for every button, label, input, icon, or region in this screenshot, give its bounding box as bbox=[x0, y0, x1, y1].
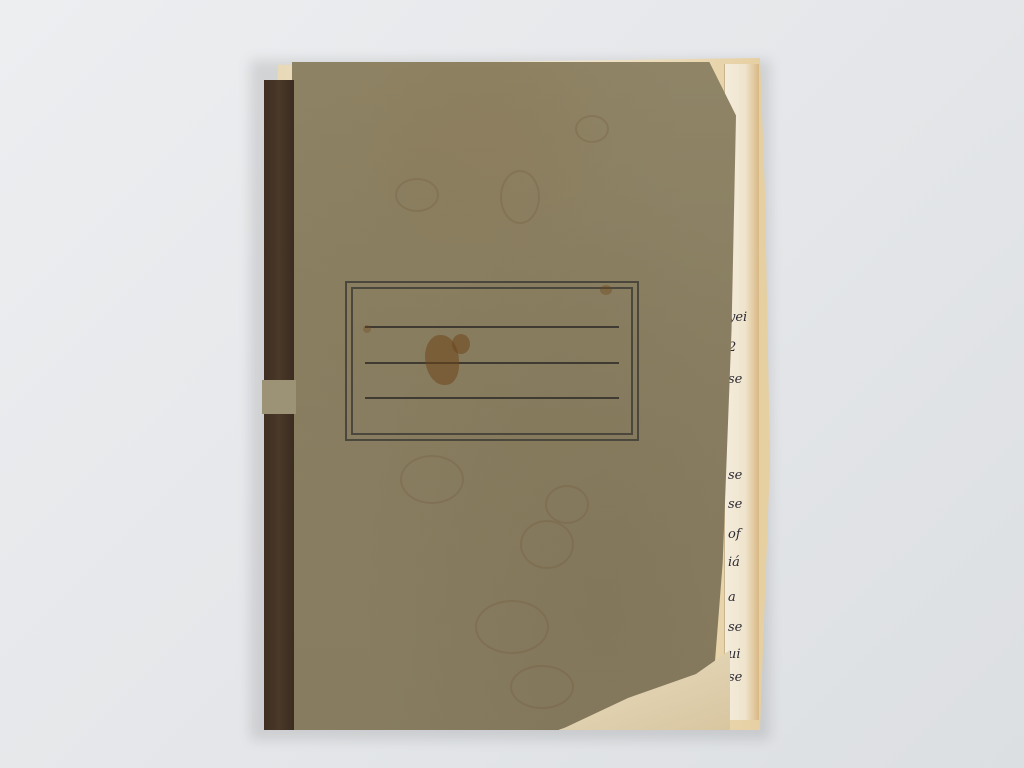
handwriting-fragment: yei bbox=[728, 310, 756, 325]
spine-tear bbox=[262, 380, 296, 414]
handwriting-fragment: of bbox=[728, 527, 756, 542]
handwriting-fragment: se bbox=[728, 620, 756, 635]
handwriting-fragment: ui bbox=[728, 647, 756, 662]
handwriting-fragment: a bbox=[728, 590, 756, 605]
handwriting-fragment: se bbox=[728, 468, 756, 483]
water-stain-ring bbox=[475, 600, 549, 654]
handwriting-fragment: se bbox=[728, 372, 756, 387]
handwriting-fragment: se bbox=[728, 497, 756, 512]
brown-stain bbox=[452, 334, 470, 354]
handwriting-fragment: 2 bbox=[728, 340, 756, 355]
water-stain-ring bbox=[510, 665, 574, 709]
label-line bbox=[365, 362, 619, 364]
water-stain-ring bbox=[395, 178, 439, 212]
brown-stain bbox=[363, 325, 371, 333]
brown-stain bbox=[600, 285, 612, 295]
handwriting-fragment: iá bbox=[728, 555, 756, 570]
cover-label-box bbox=[345, 281, 639, 441]
water-stain-ring bbox=[500, 170, 540, 224]
water-stain-ring bbox=[545, 485, 589, 524]
label-line bbox=[365, 326, 619, 328]
label-line bbox=[365, 397, 619, 399]
water-stain-ring bbox=[520, 520, 574, 569]
handwriting-fragment: se bbox=[728, 670, 756, 685]
water-stain-ring bbox=[400, 455, 464, 504]
water-stain-ring bbox=[575, 115, 609, 143]
